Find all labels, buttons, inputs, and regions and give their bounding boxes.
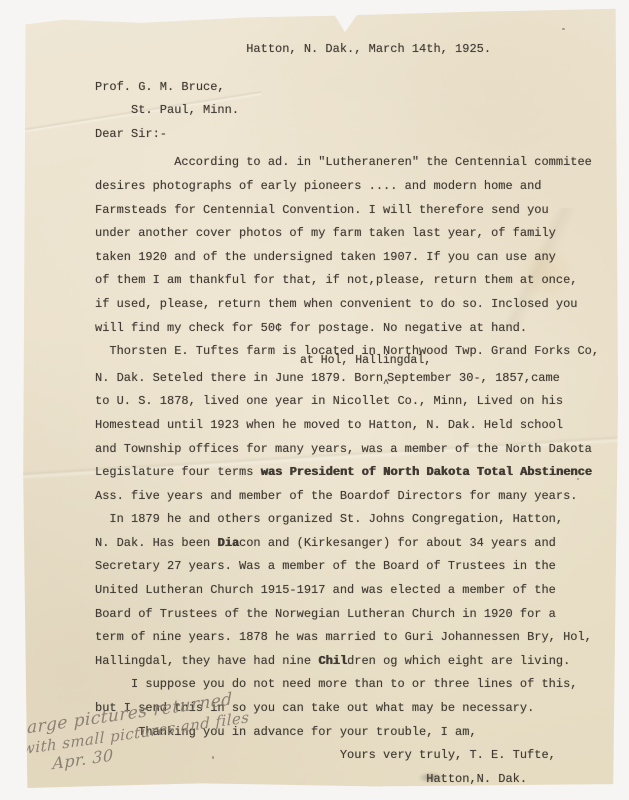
typed-text: Yours very truly, T. E. Tufte, — [340, 748, 556, 762]
letter-line-body: N. Dak. Has been Diacon and (Kirkesanger… — [95, 532, 615, 556]
typed-text: term of nine years. 1878 he was married … — [95, 630, 592, 644]
typed-text: dren og which eight are living. — [347, 654, 570, 668]
typed-text: under another cover photos of my farm ta… — [95, 226, 556, 240]
letter-line-recipient: St. Paul, Minn. — [95, 99, 615, 123]
typed-text: Dear Sir:- — [95, 127, 167, 141]
typed-text: Homestead until 1923 when he moved to Ha… — [95, 418, 563, 432]
letter-line-body: term of nine years. 1878 he was married … — [95, 626, 615, 650]
typed-text: Hallingdal, they have had nine — [95, 654, 318, 668]
typed-text: of them I am thankful for that, if not,p… — [95, 273, 577, 287]
ink-smudge — [418, 772, 444, 783]
letter-line-body: Ass. five years and member of the Boardo… — [95, 485, 615, 509]
typed-text: Ass. five years and member of the Boardo… — [95, 489, 577, 503]
typed-text: taken 1920 and of the undersigned taken … — [95, 250, 556, 264]
letter-line-body: to U. S. 1878, lived one year in Nicolle… — [95, 390, 615, 414]
scanned-letter: Hatton, N. Dak., March 14th, 1925.Prof. … — [0, 0, 629, 800]
letter-line-body: and Township offices for many years, was… — [95, 438, 615, 462]
typed-text: St. Paul, Minn. — [131, 103, 239, 117]
letter-line-body: In 1879 he and others organized St. John… — [95, 508, 615, 532]
typed-text: to U. S. 1878, lived one year in Nicolle… — [95, 394, 563, 408]
letter-line-body: United Lutheran Church 1915-1917 and was… — [95, 579, 615, 603]
letter-line-body: Legislature four terms was President of … — [95, 461, 615, 485]
typed-text: and Township offices for many years, was… — [95, 442, 592, 456]
paper-speck — [562, 28, 565, 30]
letter-line-body: N. Dak. Seteled there in June 1879. Born… — [95, 367, 615, 391]
typed-text: According to ad. in "Lutheraneren" the C… — [174, 155, 592, 169]
typed-text: con and (Kirkesanger) for about 34 years… — [239, 536, 556, 550]
typed-text: if used, please, return them when conven… — [95, 297, 577, 311]
typed-text: will find my check for 50¢ for postage. … — [95, 321, 527, 335]
double-struck-text: Chil — [318, 654, 347, 668]
letter-line-signature: Hatton,N. Dak. — [95, 768, 615, 792]
letter-line-body: desires photographs of early pioneers ..… — [95, 175, 615, 199]
letter-line-body: under another cover photos of my farm ta… — [95, 222, 615, 246]
letter-line-body: taken 1920 and of the undersigned taken … — [95, 246, 615, 270]
typed-text: N. Dak. Seteled there in June 1879. Born — [95, 371, 383, 385]
typed-text: Farmsteads for Centennial Convention. I … — [95, 203, 549, 217]
letter-line-body: According to ad. in "Lutheraneren" the C… — [95, 151, 615, 175]
letter-line-body: if used, please, return them when conven… — [95, 293, 615, 317]
letter-paper: Hatton, N. Dak., March 14th, 1925.Prof. … — [22, 8, 618, 788]
letter-line-body: I suppose you do not need more than to o… — [95, 673, 615, 697]
typed-text: September 30-, 1857,came — [387, 371, 560, 385]
letter-line-recipient: Prof. G. M. Bruce, — [95, 76, 615, 100]
letter-body: Hatton, N. Dak., March 14th, 1925.Prof. … — [95, 38, 615, 791]
typed-text: I suppose you do not need more than to o… — [131, 677, 577, 691]
letter-line-body: Hallingdal, they have had nine Children … — [95, 650, 615, 674]
typed-text: In 1879 he and others organized St. John… — [109, 512, 563, 526]
letter-line-body: Secretary 27 years. Was a member of the … — [95, 555, 615, 579]
double-struck-text: Dia — [217, 536, 239, 550]
letter-line-body: will find my check for 50¢ for postage. … — [95, 317, 615, 341]
typed-text: desires photographs of early pioneers ..… — [95, 179, 541, 193]
typed-text: Legislature four terms — [95, 465, 261, 479]
letter-line-body: Farmsteads for Centennial Convention. I … — [95, 199, 615, 223]
typed-text: Hatton, N. Dak., March 14th, 1925. — [246, 42, 491, 56]
double-struck-text: was President of North Dakota Total Abst… — [261, 465, 592, 479]
typed-text: N. Dak. Has been — [95, 536, 217, 550]
letter-line-body: of them I am thankful for that, if not,p… — [95, 269, 615, 293]
letter-line-dateline: Hatton, N. Dak., March 14th, 1925. — [95, 38, 615, 62]
typed-text: Prof. G. M. Bruce, — [95, 80, 225, 94]
typed-text: United Lutheran Church 1915-1917 and was… — [95, 583, 556, 597]
interline-insertion: at Hol, Hallingdal, — [300, 355, 431, 367]
letter-line-body: Homestead until 1923 when he moved to Ha… — [95, 414, 615, 438]
letter-line-salutation: Dear Sir:- — [95, 123, 615, 147]
typed-text: Board of Trustees of the Norwegian Luthe… — [95, 607, 556, 621]
typed-text: Secretary 27 years. Was a member of the … — [95, 559, 556, 573]
letter-line-body: Board of Trustees of the Norwegian Luthe… — [95, 603, 615, 627]
